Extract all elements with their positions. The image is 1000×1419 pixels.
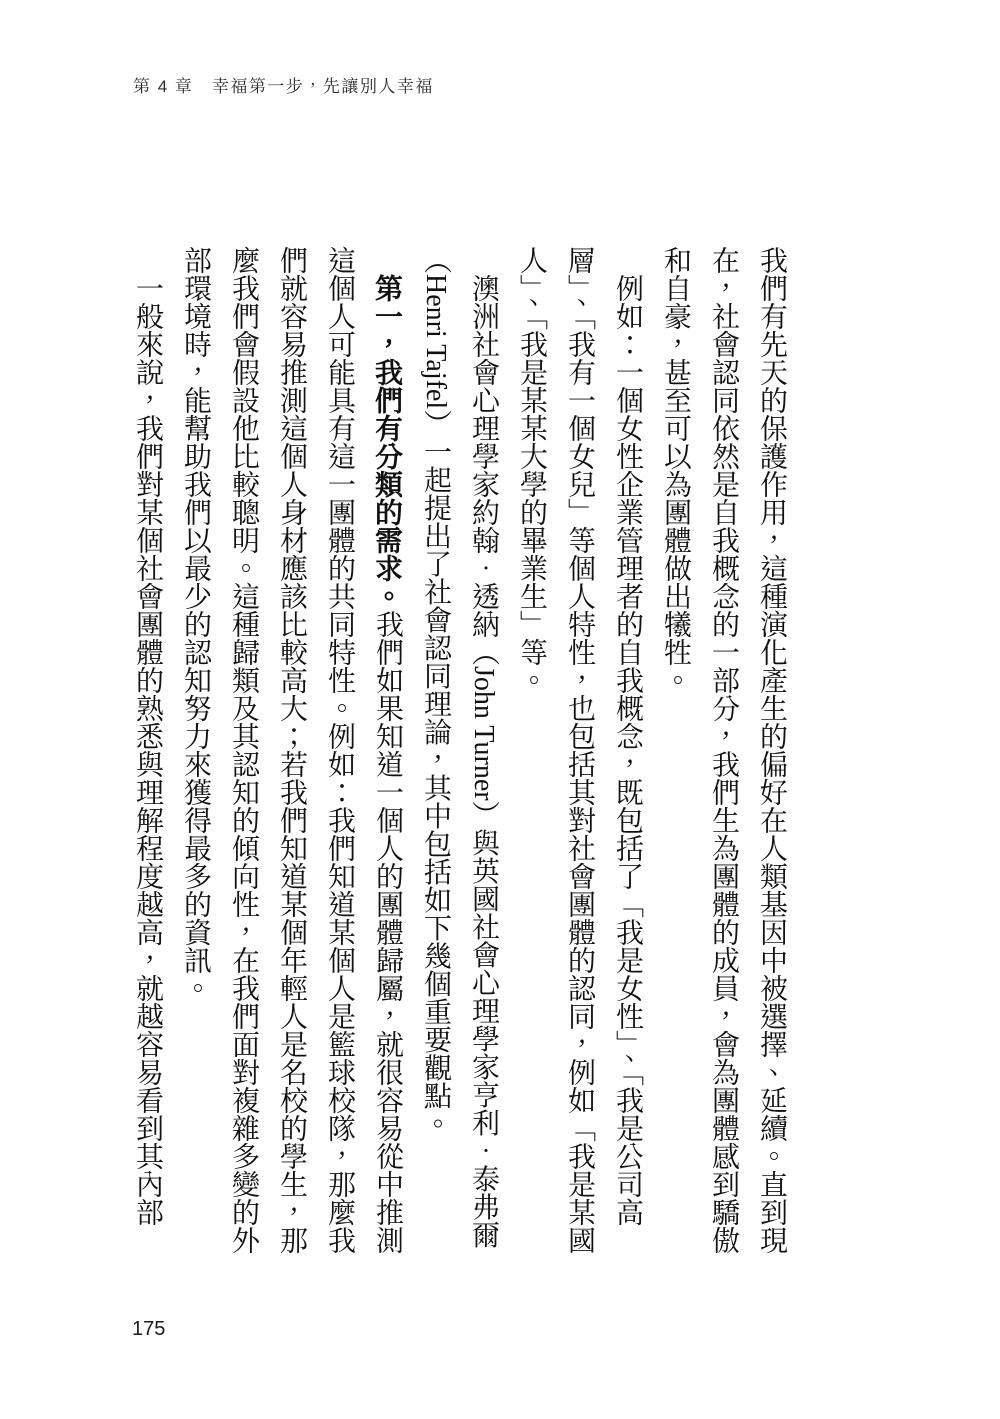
- paragraph-4-bold-lead: 第一，我們有分類的需求。: [372, 274, 403, 610]
- body-text: 我們有先天的保護作用，這種演化產生的偏好在人類基因中被選擇、延續。直到現在，社會…: [123, 246, 795, 1254]
- running-header: 第 4 章 幸福第一步，先讓別人幸福: [133, 72, 434, 97]
- book-page: { "page": { "header": "第 4 章 幸福第一步，先讓別人幸…: [0, 0, 1000, 1419]
- paragraph-1: 我們有先天的保護作用，這種演化產生的偏好在人類基因中被選擇、延續。直到現在，社會…: [651, 246, 795, 1254]
- paragraph-4-text: 我們如果知道一個人的團體歸屬，就很容易從中推測這個人可能具有這一團體的共同特性。…: [180, 246, 403, 1254]
- paragraph-4: 第一，我們有分類的需求。我們如果知道一個人的團體歸屬，就很容易從中推測這個人可能…: [171, 246, 411, 1254]
- paragraph-2: 例如：一個女性企業管理者的自我概念，既包括了「我是女性」、「我是公司高層」、「我…: [507, 246, 651, 1254]
- paragraph-5: 一般來說，我們對某個社會團體的熟悉與理解程度越高，就越容易看到其內部: [123, 246, 171, 1254]
- paragraph-3: 澳洲社會心理學家約翰．透納（John Turner）與英國社會心理學家亨利．泰弗…: [411, 246, 507, 1254]
- page-number: 175: [132, 1318, 165, 1341]
